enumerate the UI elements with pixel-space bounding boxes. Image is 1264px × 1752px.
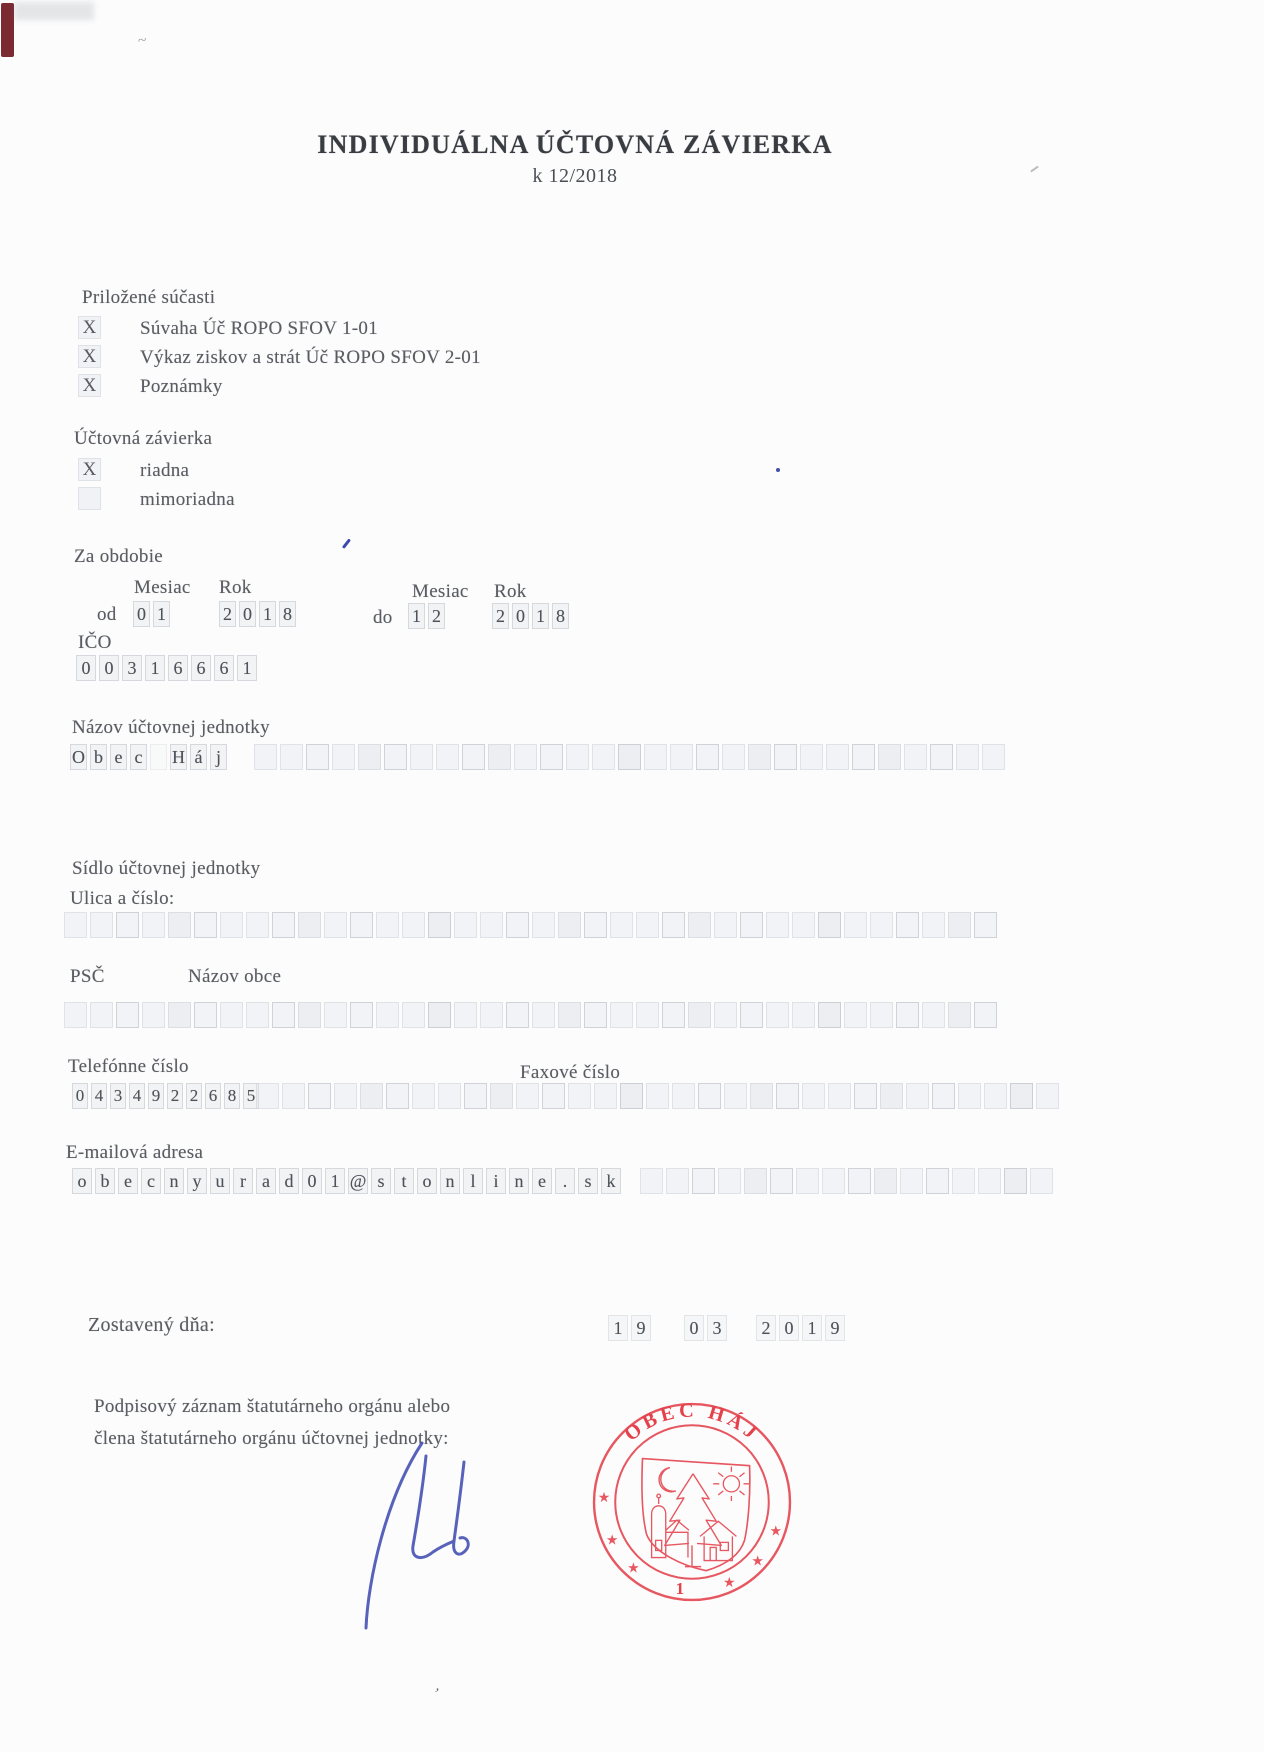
empty-cell <box>488 744 511 770</box>
checkbox-vykaz: X <box>78 345 101 368</box>
empty-cell <box>610 912 633 938</box>
empty-cell <box>298 1002 321 1028</box>
period-to-label: do <box>373 607 393 629</box>
char-cell: e <box>532 1168 552 1194</box>
empty-cell <box>350 1002 373 1028</box>
char-cell: 6 <box>168 655 188 681</box>
char-cell: 3 <box>707 1315 727 1341</box>
empty-cell <box>852 744 875 770</box>
empty-cell <box>558 1002 581 1028</box>
char-cell: o <box>417 1168 437 1194</box>
empty-cell <box>948 1002 971 1028</box>
char-cell: 1 <box>153 601 170 627</box>
char-cell: 0 <box>302 1168 322 1194</box>
char-cell: i <box>486 1168 506 1194</box>
empty-cell <box>592 744 615 770</box>
street-label: Ulica a číslo: <box>70 888 174 910</box>
empty-cell <box>874 1168 897 1194</box>
empty-cell <box>880 1083 903 1109</box>
empty-cell <box>696 744 719 770</box>
star-icon: ★ <box>606 1532 619 1548</box>
period-heading: Za obdobie <box>74 546 163 568</box>
empty-cell <box>142 1002 165 1028</box>
empty-cell <box>978 1168 1001 1194</box>
empty-cell <box>350 912 373 938</box>
char-cell: 8 <box>552 603 569 629</box>
star-icon: ★ <box>723 1575 736 1591</box>
char-cell: u <box>210 1168 230 1194</box>
char-cell: 1 <box>532 603 549 629</box>
empty-cell <box>670 744 693 770</box>
empty-cell <box>1004 1168 1027 1194</box>
closing-label-mimoriadna: mimoriadna <box>140 489 235 511</box>
email-empty-cells <box>640 1168 1053 1194</box>
empty-cell <box>116 1002 139 1028</box>
char-cell: 2 <box>219 601 236 627</box>
char-cell: 0 <box>76 655 96 681</box>
closing-heading: Účtovná závierka <box>74 428 212 450</box>
char-cell: . <box>555 1168 575 1194</box>
municipal-stamp: ★ ★ ★ ★ ★ ★ OBEC HÁJ 1 <box>591 1401 793 1603</box>
empty-cell <box>464 1083 487 1109</box>
stamp-arc-text: OBEC HÁJ <box>620 1401 764 1446</box>
char-cell: 8 <box>224 1083 240 1109</box>
char-cell: 1 <box>802 1315 822 1341</box>
empty-cell <box>802 1083 825 1109</box>
empty-cell <box>568 1083 591 1109</box>
empty-cell <box>462 744 485 770</box>
handwritten-signature <box>338 1440 478 1630</box>
empty-cell <box>334 1083 357 1109</box>
empty-cell <box>848 1168 871 1194</box>
empty-cell <box>930 744 953 770</box>
empty-cell <box>1010 1083 1033 1109</box>
empty-cell <box>428 912 451 938</box>
empty-cell <box>532 1002 555 1028</box>
empty-cell <box>620 1083 643 1109</box>
document-subtitle: k 12/2018 <box>0 165 1150 188</box>
empty-cell <box>324 912 347 938</box>
empty-cell <box>818 912 841 938</box>
empty-cell <box>436 744 459 770</box>
empty-cell <box>194 1002 217 1028</box>
email-label: E-mailová adresa <box>66 1142 203 1164</box>
empty-cell <box>514 744 537 770</box>
char-cell: 0 <box>239 601 256 627</box>
char-cell: 8 <box>279 601 296 627</box>
empty-cell <box>922 912 945 938</box>
signature-stroke-middle <box>413 1456 454 1558</box>
stamp-moon-icon <box>659 1468 676 1492</box>
char-cell: r <box>233 1168 253 1194</box>
star-icon: ★ <box>627 1561 640 1577</box>
char-cell: 0 <box>684 1315 704 1341</box>
char-cell: 2 <box>186 1083 202 1109</box>
empty-cell <box>692 1168 715 1194</box>
empty-cell <box>878 744 901 770</box>
empty-cell <box>982 744 1005 770</box>
empty-cell <box>974 1002 997 1028</box>
empty-cell <box>428 1002 451 1028</box>
checkbox-suvaha: X <box>78 316 101 339</box>
char-cell: 4 <box>91 1083 107 1109</box>
empty-cell <box>376 912 399 938</box>
empty-cell <box>306 744 329 770</box>
stamp-tree-icon <box>665 1474 722 1567</box>
empty-cell <box>360 1083 383 1109</box>
char-cell: n <box>509 1168 529 1194</box>
empty-cell <box>610 1002 633 1028</box>
empty-cell <box>800 744 823 770</box>
char-cell: 1 <box>408 603 425 629</box>
char-cell: 2 <box>492 603 509 629</box>
empty-cell <box>792 1002 815 1028</box>
char-cell: 9 <box>148 1083 164 1109</box>
char-cell: c <box>130 744 147 770</box>
empty-cell <box>480 912 503 938</box>
char-cell: o <box>72 1168 92 1194</box>
empty-cell <box>272 1002 295 1028</box>
office-heading: Sídlo účtovnej jednotky <box>72 858 260 880</box>
char-cell: 2 <box>167 1083 183 1109</box>
char-cell: 3 <box>122 655 142 681</box>
empty-cell <box>922 1002 945 1028</box>
scanned-document-page: { "document": { "title": "INDIVIDUÁLNA Ú… <box>0 0 1264 1752</box>
compiled-year-cells: 2019 <box>756 1315 845 1341</box>
period-from-year-label: Rok <box>219 577 252 599</box>
empty-cell <box>384 744 407 770</box>
empty-cell <box>584 1002 607 1028</box>
empty-cell <box>220 1002 243 1028</box>
empty-cell <box>64 912 87 938</box>
empty-cell <box>272 912 295 938</box>
empty-cell <box>722 744 745 770</box>
stamp-sun-icon <box>713 1467 749 1501</box>
char-cell <box>150 744 167 770</box>
char-cell: 0 <box>72 1083 88 1109</box>
compiled-day-cells: 19 <box>608 1315 651 1341</box>
scan-comma-mark: ’ <box>430 1686 441 1704</box>
empty-cell <box>956 744 979 770</box>
svg-text:OBEC HÁJ: OBEC HÁJ <box>620 1401 764 1446</box>
char-cell: 1 <box>237 655 257 681</box>
phone-fax-empty-cells <box>256 1083 1059 1109</box>
char-cell: 0 <box>133 601 150 627</box>
scan-tilde-mark: ~ <box>137 31 148 50</box>
empty-cell <box>90 1002 113 1028</box>
empty-cell <box>506 912 529 938</box>
char-cell: l <box>463 1168 483 1194</box>
empty-cell <box>984 1083 1007 1109</box>
char-cell: j <box>210 744 227 770</box>
blue-dot-mark <box>776 468 780 472</box>
empty-cell <box>828 1083 851 1109</box>
star-icon: ★ <box>769 1523 782 1539</box>
empty-cell <box>594 1083 617 1109</box>
empty-cell <box>750 1083 773 1109</box>
empty-cell <box>688 912 711 938</box>
char-cell: 6 <box>205 1083 221 1109</box>
char-cell: 1 <box>608 1315 628 1341</box>
signature-stroke-right <box>454 1462 469 1554</box>
empty-cell <box>358 744 381 770</box>
char-cell: b <box>90 744 107 770</box>
empty-cell <box>844 912 867 938</box>
char-cell: k <box>601 1168 621 1194</box>
blue-tick-mark <box>342 538 351 548</box>
empty-cell <box>220 912 243 938</box>
compiled-date-label: Zostavený dňa: <box>88 1314 215 1337</box>
period-to-month-cells: 12 <box>408 603 445 629</box>
entity-name-empty-cells <box>254 744 1005 770</box>
star-icon: ★ <box>751 1554 764 1570</box>
period-to-month-label: Mesiac <box>412 581 469 603</box>
char-cell: 2 <box>756 1315 776 1341</box>
empty-cell <box>926 1168 949 1194</box>
empty-cell <box>636 1002 659 1028</box>
scan-edge-red-bar <box>1 3 14 57</box>
empty-cell <box>748 744 771 770</box>
empty-cell <box>724 1083 747 1109</box>
char-cell: 0 <box>779 1315 799 1341</box>
street-value-cells <box>64 912 997 938</box>
empty-cell <box>542 1083 565 1109</box>
attachment-label-vykaz: Výkaz ziskov a strát Úč ROPO SFOV 2-01 <box>140 347 481 369</box>
empty-cell <box>932 1083 955 1109</box>
compiled-month-cells: 03 <box>684 1315 727 1341</box>
email-value-cells: obecnyurad01@stonline.sk <box>72 1168 621 1194</box>
char-cell: n <box>440 1168 460 1194</box>
period-from-month-cells: 01 <box>133 601 170 627</box>
empty-cell <box>640 1168 663 1194</box>
closing-label-riadna: riadna <box>140 460 189 482</box>
empty-cell <box>854 1083 877 1109</box>
empty-cell <box>618 744 641 770</box>
empty-cell <box>454 912 477 938</box>
ico-value-cells: 00316661 <box>76 655 257 681</box>
phone-label: Telefónne číslo <box>68 1056 189 1078</box>
star-icon: ★ <box>598 1490 611 1506</box>
char-cell: O <box>70 744 87 770</box>
empty-cell <box>516 1083 539 1109</box>
scan-smudge-top <box>14 2 94 20</box>
empty-cell <box>412 1083 435 1109</box>
empty-cell <box>376 1002 399 1028</box>
empty-cell <box>540 744 563 770</box>
empty-cell <box>822 1168 845 1194</box>
char-cell: á <box>190 744 207 770</box>
period-from-label: od <box>97 604 117 626</box>
empty-cell <box>766 912 789 938</box>
empty-cell <box>64 1002 87 1028</box>
empty-cell <box>168 912 191 938</box>
char-cell: 4 <box>129 1083 145 1109</box>
char-cell: 9 <box>631 1315 651 1341</box>
empty-cell <box>666 1168 689 1194</box>
empty-cell <box>280 744 303 770</box>
empty-cell <box>142 912 165 938</box>
empty-cell <box>714 1002 737 1028</box>
signature-label-line1: Podpisový záznam štatutárneho orgánu ale… <box>94 1396 450 1418</box>
empty-cell <box>1030 1168 1053 1194</box>
char-cell: 1 <box>145 655 165 681</box>
empty-cell <box>870 1002 893 1028</box>
empty-cell <box>308 1083 331 1109</box>
empty-cell <box>698 1083 721 1109</box>
empty-cell <box>792 912 815 938</box>
period-to-year-label: Rok <box>494 581 527 603</box>
empty-cell <box>900 1168 923 1194</box>
empty-cell <box>386 1083 409 1109</box>
period-from-month-label: Mesiac <box>134 577 191 599</box>
stamp-outer-ring <box>594 1404 790 1600</box>
empty-cell <box>256 1083 279 1109</box>
empty-cell <box>490 1083 513 1109</box>
empty-cell <box>952 1168 975 1194</box>
period-to-year-cells: 2018 <box>492 603 569 629</box>
empty-cell <box>740 1002 763 1028</box>
empty-cell <box>672 1083 695 1109</box>
char-cell: 9 <box>825 1315 845 1341</box>
empty-cell <box>194 912 217 938</box>
char-cell: c <box>141 1168 161 1194</box>
checkbox-riadna: X <box>78 458 101 481</box>
empty-cell <box>506 1002 529 1028</box>
empty-cell <box>410 744 433 770</box>
empty-cell <box>438 1083 461 1109</box>
empty-cell <box>480 1002 503 1028</box>
empty-cell <box>870 912 893 938</box>
stamp-bottom-text: 1 <box>676 1579 685 1598</box>
empty-cell <box>1036 1083 1059 1109</box>
empty-cell <box>958 1083 981 1109</box>
empty-cell <box>904 744 927 770</box>
postal-municipality-cells <box>64 1002 997 1028</box>
char-cell: e <box>118 1168 138 1194</box>
phone-value-cells: 0434922685 <box>72 1083 259 1109</box>
empty-cell <box>714 912 737 938</box>
empty-cell <box>324 1002 347 1028</box>
char-cell: 2 <box>428 603 445 629</box>
attachment-label-poznamky: Poznámky <box>140 376 223 398</box>
char-cell: y <box>187 1168 207 1194</box>
empty-cell <box>566 744 589 770</box>
empty-cell <box>402 912 425 938</box>
empty-cell <box>558 912 581 938</box>
empty-cell <box>644 744 667 770</box>
empty-cell <box>896 912 919 938</box>
char-cell: a <box>256 1168 276 1194</box>
postal-code-label: PSČ <box>70 966 105 988</box>
empty-cell <box>254 744 277 770</box>
checkbox-mimoriadna <box>78 487 101 510</box>
empty-cell <box>818 1002 841 1028</box>
empty-cell <box>402 1002 425 1028</box>
char-cell: s <box>371 1168 391 1194</box>
empty-cell <box>116 912 139 938</box>
empty-cell <box>774 744 797 770</box>
empty-cell <box>766 1002 789 1028</box>
empty-cell <box>282 1083 305 1109</box>
char-cell: s <box>578 1168 598 1194</box>
document-title: INDIVIDUÁLNA ÚČTOVNÁ ZÁVIERKA <box>0 130 1150 160</box>
char-cell: 1 <box>325 1168 345 1194</box>
entity-name-label: Názov účtovnej jednotky <box>72 717 270 739</box>
empty-cell <box>770 1168 793 1194</box>
empty-cell <box>718 1168 741 1194</box>
char-cell: 6 <box>191 655 211 681</box>
char-cell: @ <box>348 1168 368 1194</box>
char-cell: 6 <box>214 655 234 681</box>
ico-label: IČO <box>78 632 112 654</box>
empty-cell <box>740 912 763 938</box>
empty-cell <box>90 912 113 938</box>
empty-cell <box>298 912 321 938</box>
empty-cell <box>532 912 555 938</box>
char-cell: n <box>164 1168 184 1194</box>
empty-cell <box>896 1002 919 1028</box>
char-cell: 0 <box>512 603 529 629</box>
period-from-year-cells: 2018 <box>219 601 296 627</box>
empty-cell <box>584 912 607 938</box>
empty-cell <box>948 912 971 938</box>
char-cell: t <box>394 1168 414 1194</box>
empty-cell <box>454 1002 477 1028</box>
fax-label: Faxové číslo <box>520 1062 620 1084</box>
char-cell: 1 <box>259 601 276 627</box>
empty-cell <box>974 912 997 938</box>
empty-cell <box>844 1002 867 1028</box>
empty-cell <box>744 1168 767 1194</box>
empty-cell <box>646 1083 669 1109</box>
empty-cell <box>906 1083 929 1109</box>
empty-cell <box>246 912 269 938</box>
entity-name-value-cells: ObecHáj <box>70 744 227 770</box>
empty-cell <box>636 912 659 938</box>
char-cell: 0 <box>99 655 119 681</box>
empty-cell <box>332 744 355 770</box>
char-cell: d <box>279 1168 299 1194</box>
empty-cell <box>662 912 685 938</box>
char-cell: 3 <box>110 1083 126 1109</box>
empty-cell <box>688 1002 711 1028</box>
empty-cell <box>776 1083 799 1109</box>
empty-cell <box>796 1168 819 1194</box>
attachment-label-suvaha: Súvaha Úč ROPO SFOV 1-01 <box>140 318 378 340</box>
checkbox-poznamky: X <box>78 374 101 397</box>
attachments-heading: Priložené súčasti <box>82 287 215 309</box>
char-cell: H <box>170 744 187 770</box>
empty-cell <box>826 744 849 770</box>
empty-cell <box>662 1002 685 1028</box>
char-cell: b <box>95 1168 115 1194</box>
municipality-label: Názov obce <box>188 966 281 988</box>
empty-cell <box>246 1002 269 1028</box>
empty-cell <box>168 1002 191 1028</box>
char-cell: e <box>110 744 127 770</box>
